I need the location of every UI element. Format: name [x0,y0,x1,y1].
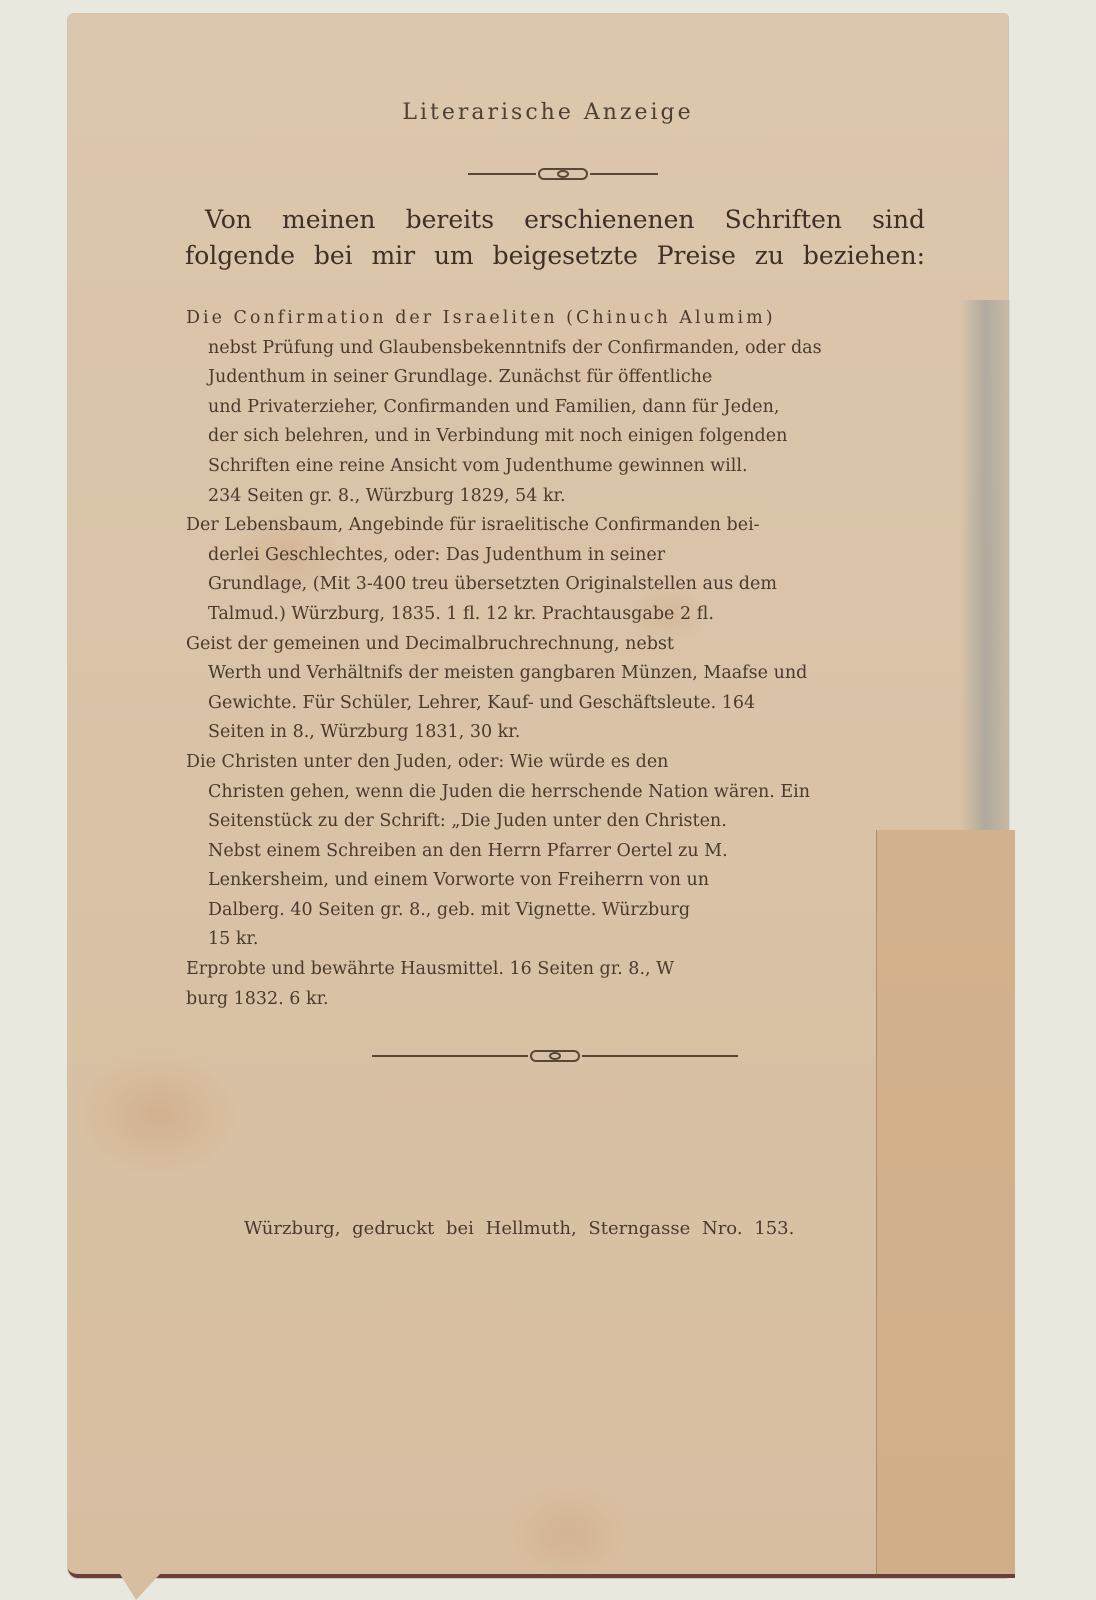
entry-line: der sich belehren, und in Verbindung mit… [186,422,928,452]
entry-line: Christen gehen, wenn die Juden die herrs… [186,778,928,808]
ornament-divider-top [468,170,658,178]
entry-line: Seiten in 8., Würzburg 1831, 30 kr. [186,718,928,748]
entry-line: Schriften eine reine Ansicht vom Judenth… [186,452,928,482]
entry-line: Gewichte. Für Schüler, Lehrer, Kauf- und… [186,689,928,719]
intro-line-2: folgende bei mir um beigesetzte Preise z… [185,238,925,274]
entry-line: 234 Seiten gr. 8., Würzburg 1829, 54 kr. [186,482,928,512]
publication-entry: Der Lebensbaum, Angebinde für israelitis… [186,511,928,629]
entry-line: Werth und Verhältnifs der meisten gangba… [186,659,928,689]
entry-line: derlei Geschlechtes, oder: Das Judenthum… [186,541,928,571]
entry-line: Die Christen unter den Juden, oder: Wie … [186,748,928,778]
publication-entry: Die Confirmation der Israeliten (Chinuch… [186,304,928,511]
entry-line: nebst Prüfung und Glaubensbekenntnifs de… [186,334,928,364]
page-title: Literarische Anzeige [0,100,1096,125]
entry-line: Judenthum in seiner Grundlage. Zunächst … [186,363,928,393]
entry-line: Geist der gemeinen und Decimalbruchrechn… [186,630,928,660]
intro-line-1: Von meinen bereits erschienenen Schrifte… [205,202,925,238]
publication-entry: Die Christen unter den Juden, oder: Wie … [186,748,928,955]
entry-line: Nebst einem Schreiben an den Herrn Pfarr… [186,837,928,867]
entry-line: burg 1832. 6 kr. [186,985,928,1015]
publication-list: Die Confirmation der Israeliten (Chinuch… [186,304,928,1014]
ornament-divider-bottom [372,1052,738,1060]
entry-line: Dalberg. 40 Seiten gr. 8., geb. mit Vign… [186,896,928,926]
intro-paragraph: Von meinen bereits erschienenen Schrifte… [205,202,925,274]
printer-imprint: Würzburg, gedruckt bei Hellmuth, Sternga… [244,1218,884,1239]
entry-line: Grundlage, (Mit 3-400 treu übersetzten O… [186,570,928,600]
entry-line: Seitenstück zu der Schrift: „Die Juden u… [186,807,928,837]
publication-entry: Geist der gemeinen und Decimalbruchrechn… [186,630,928,748]
entry-line: Erprobte und bewährte Hausmittel. 16 Sei… [186,955,928,985]
entry-line: und Privaterzieher, Confirmanden und Fam… [186,393,928,423]
entry-line: Talmud.) Würzburg, 1835. 1 fl. 12 kr. Pr… [186,600,928,630]
entry-line: Lenkersheim, und einem Vorworte von Frei… [186,866,928,896]
entry-line: Der Lebensbaum, Angebinde für israelitis… [186,511,928,541]
entry-line: Die Confirmation der Israeliten (Chinuch… [186,304,928,334]
entry-line: 15 kr. [186,925,928,955]
document-content: Literarische Anzeige Von meinen bereits … [0,0,1096,1600]
publication-entry: Erprobte und bewährte Hausmittel. 16 Sei… [186,955,928,1014]
